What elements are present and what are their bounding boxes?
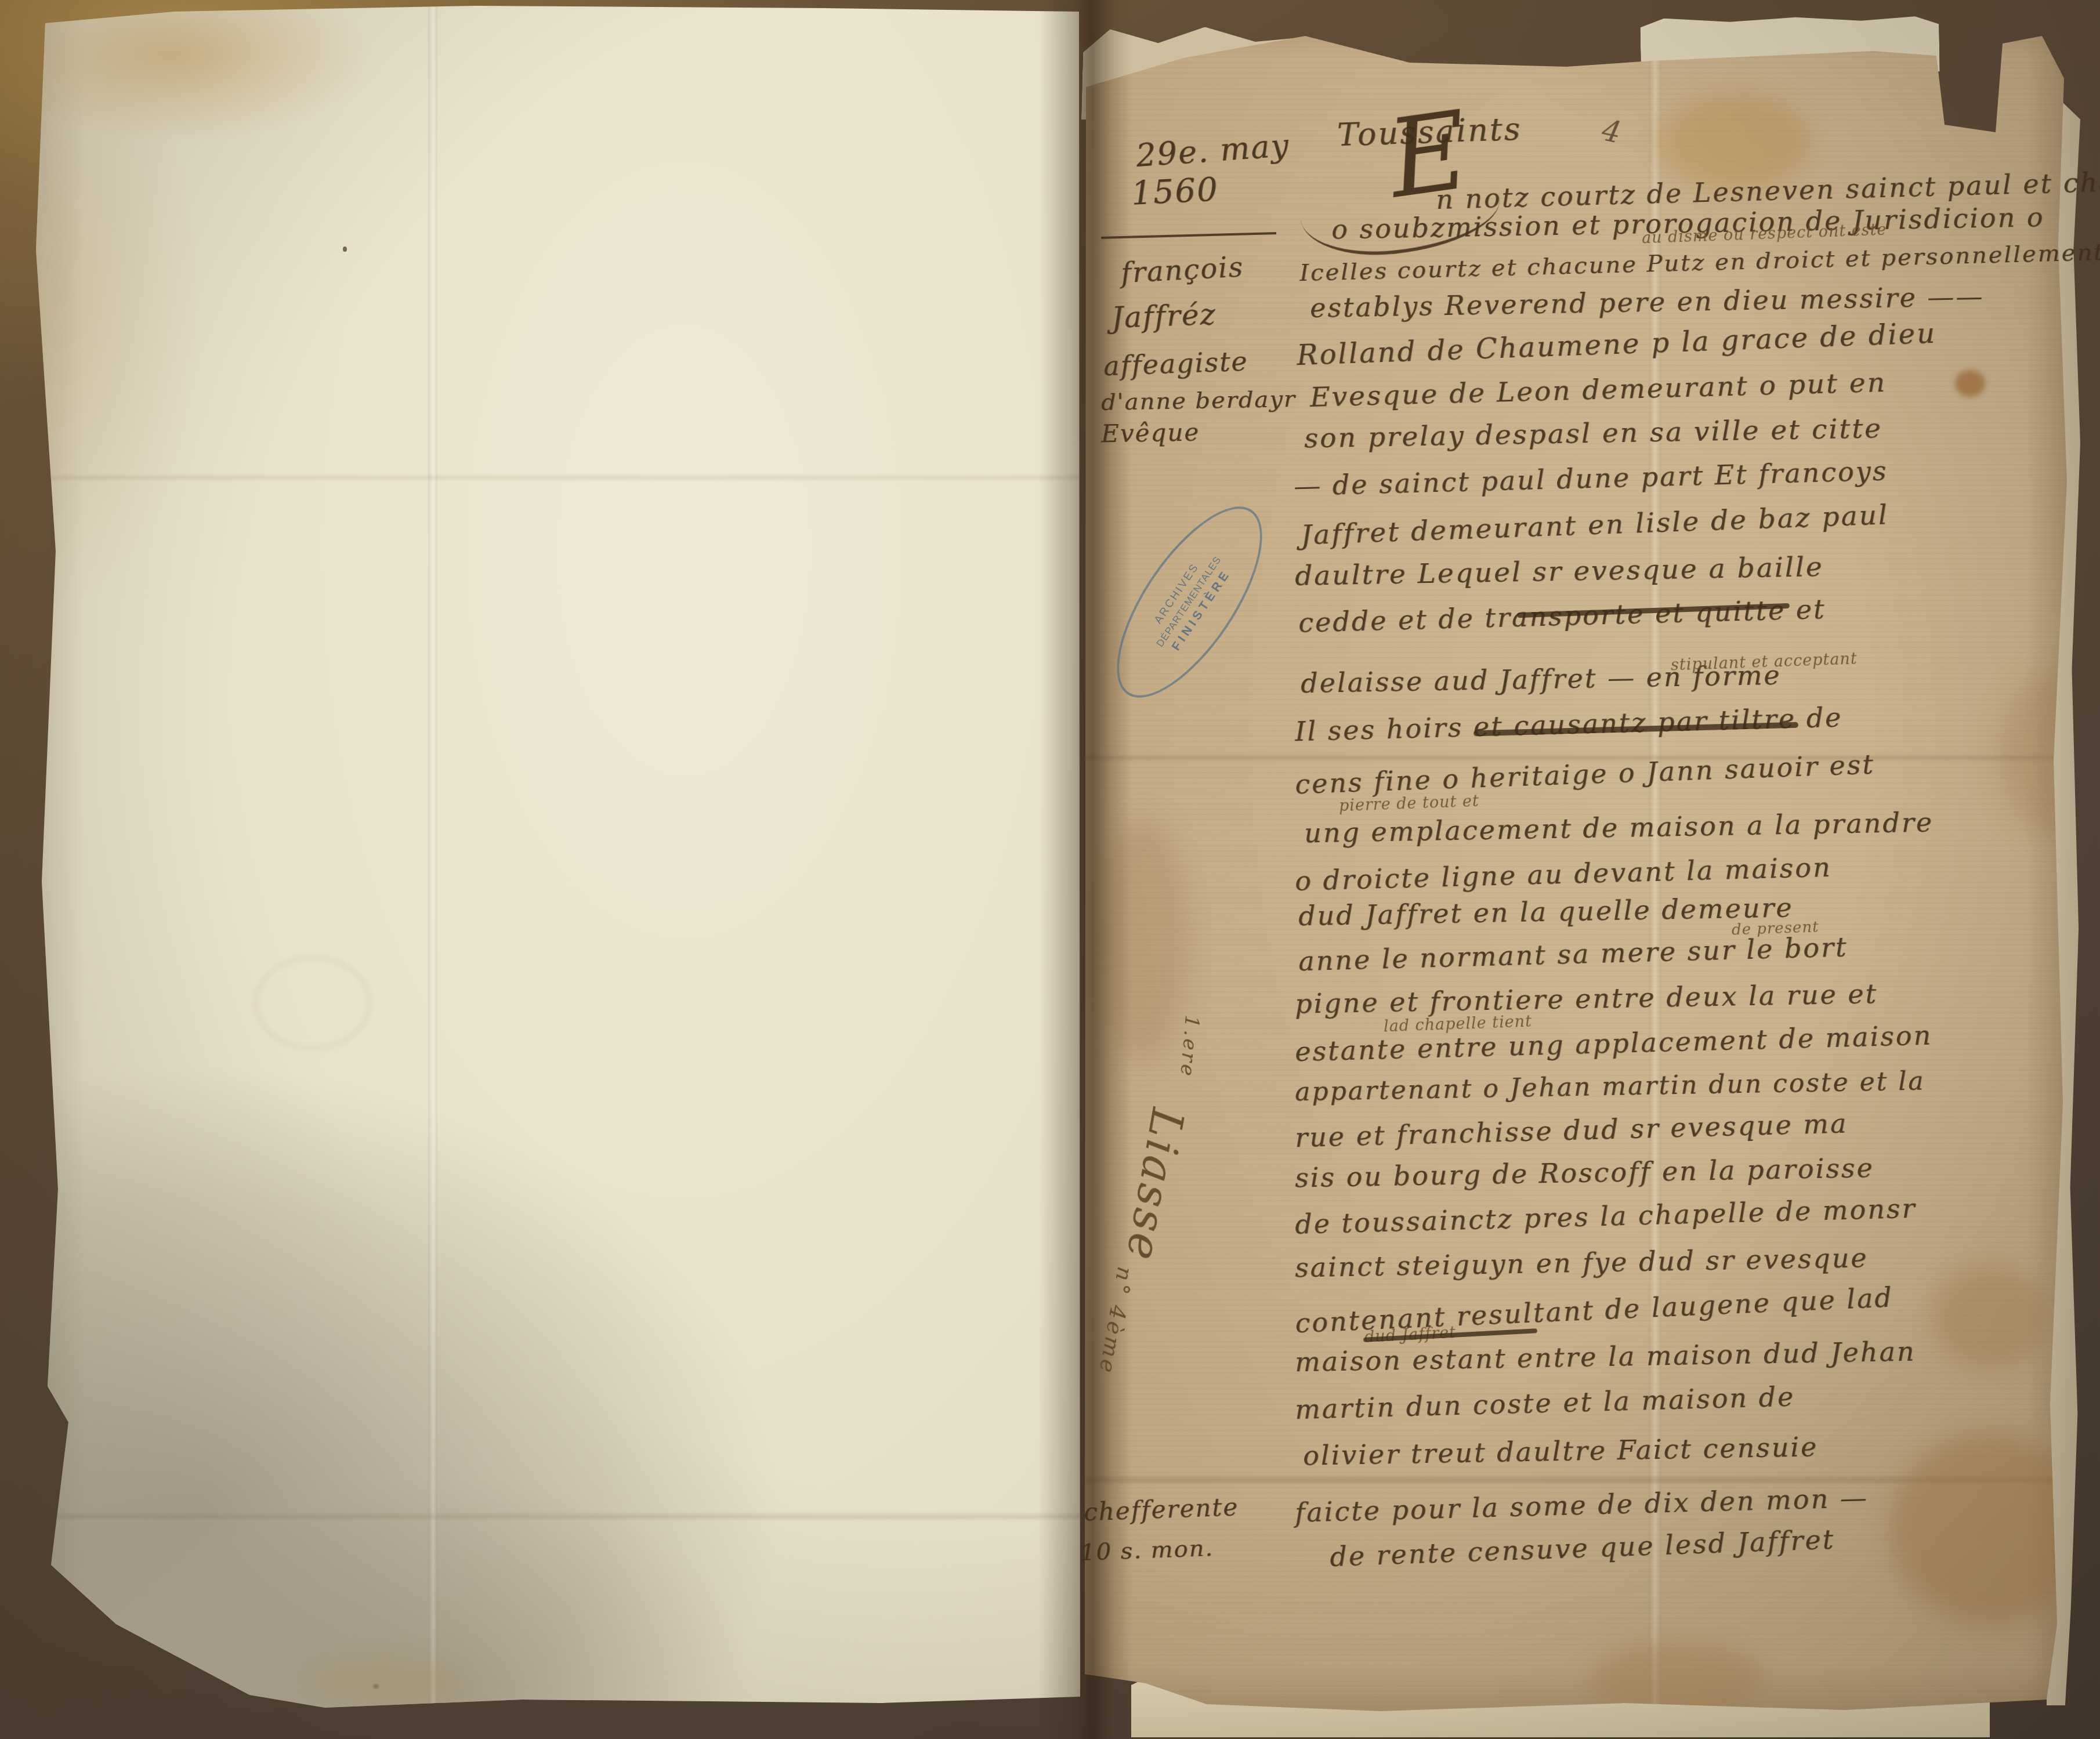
side-note-numero: n° 4ème xyxy=(1094,1265,1138,1377)
manuscript-line: Jaffret demeurant en lisle de baz paul xyxy=(1300,499,1889,551)
interlinear-note: de present xyxy=(1732,918,1820,939)
archive-stamp: ARCHIVES DÉPARTEMENTALES FINISTÈRE xyxy=(1090,485,1290,720)
manuscript-line: pigne et frontiere entre deux la rue et xyxy=(1295,978,1878,1020)
manuscript-line: Evesque de Leon demeurant o put en xyxy=(1309,367,1887,414)
side-note-liasse: Liasse xyxy=(1116,1105,1194,1266)
manuscript-line: — de sainct paul dune part Et francoys xyxy=(1293,455,1888,502)
interlinear-note: stipulant et acceptant xyxy=(1671,650,1858,674)
corner-mark: 4 xyxy=(1599,113,1624,150)
margin-date-line1: 29e. may xyxy=(1135,127,1291,174)
photo-background: Toussaints 4 29e. may 1560 françois Jaff… xyxy=(0,0,2100,1739)
manuscript-line: o droicte ligne au devant la maison xyxy=(1294,852,1832,897)
side-note-premiere: 1.ere xyxy=(1175,1015,1204,1079)
manuscript-line: Rolland de Chaumene p la grace de dieu xyxy=(1296,317,1936,372)
margin-name-line4: d'anne berdayr xyxy=(1101,386,1297,416)
manuscript-ink-layer: Toussaints 4 29e. may 1560 françois Jaff… xyxy=(0,0,2100,1739)
manuscript-line: cens fine o heritaige o Jann sauoir est xyxy=(1294,749,1875,800)
manuscript-line: dud Jaffret en la quelle demeure xyxy=(1298,892,1794,932)
manuscript-line: rue et franchisse dud sr evesque ma xyxy=(1294,1108,1848,1154)
manuscript-line: sainct steiguyn en fye dud sr evesque xyxy=(1295,1242,1869,1283)
manuscript-line: de rente censuve que lesd Jaffret xyxy=(1329,1524,1835,1573)
margin-name-line3: affeagiste xyxy=(1103,346,1248,382)
margin-date-line2: 1560 xyxy=(1130,171,1219,213)
manuscript-line: establys Reverend pere en dieu messire —… xyxy=(1310,281,1985,324)
margin-date-underline xyxy=(1101,232,1276,239)
manuscript-line: martin dun coste et la maison de xyxy=(1294,1381,1795,1426)
manuscript-line: sis ou bourg de Roscoff en la paroisse xyxy=(1295,1152,1874,1193)
margin-bottom-note1: chefferente xyxy=(1083,1492,1239,1526)
margin-name-line5: Evêque xyxy=(1101,418,1200,448)
margin-bottom-note2: 10 s. mon. xyxy=(1080,1535,1214,1566)
margin-name-line1: françois xyxy=(1120,251,1245,289)
manuscript-line: appartenant o Jehan martin dun coste et … xyxy=(1295,1067,1925,1107)
margin-name-line2: Jaffréz xyxy=(1111,298,1217,335)
manuscript-line: daultre Lequel sr evesque a baille xyxy=(1295,551,1824,592)
manuscript-line: de toussainctz pres la chapelle de monsr xyxy=(1294,1193,1916,1240)
manuscript-line: anne le normant sa mere sur le bort xyxy=(1298,932,1848,977)
manuscript-line: faicte pour la some de dix den mon — xyxy=(1294,1482,1869,1528)
manuscript-line: son prelay despasl en sa ville et citte xyxy=(1304,412,1883,454)
manuscript-line: olivier treut daultre Faict censuie xyxy=(1303,1431,1819,1471)
